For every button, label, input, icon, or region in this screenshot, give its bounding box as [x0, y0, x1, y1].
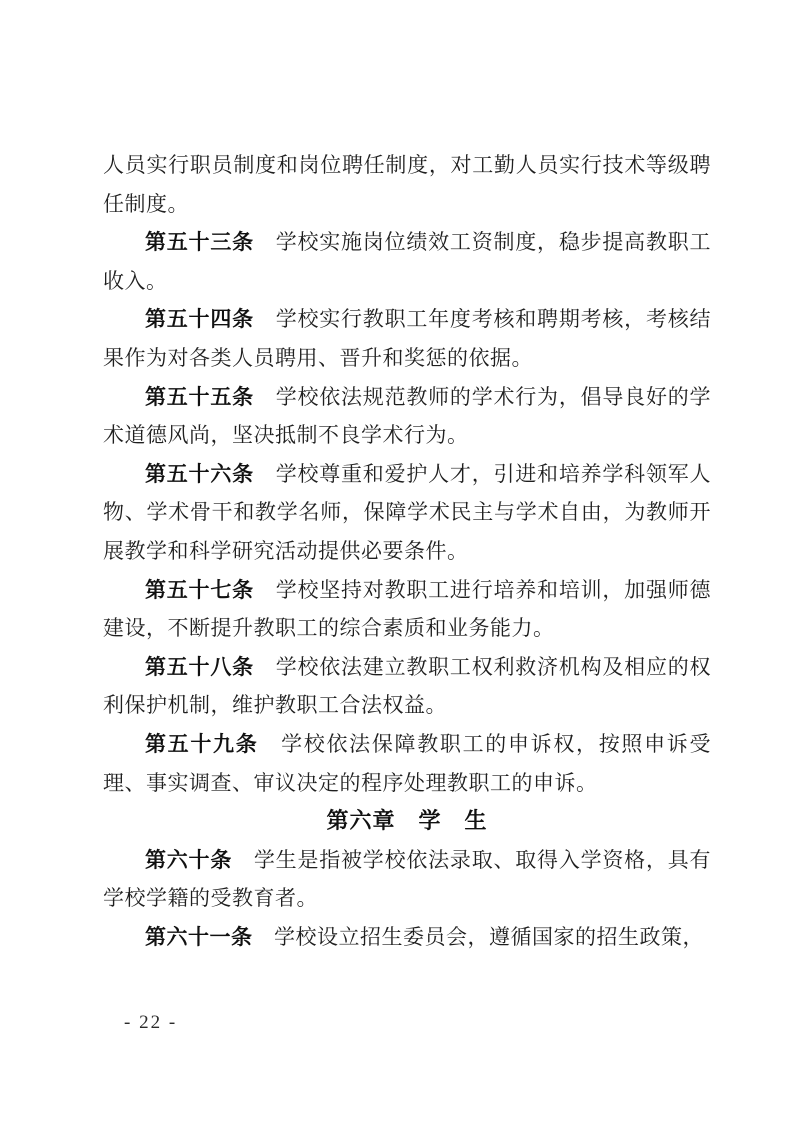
- article-number: 第五十六条: [145, 462, 254, 486]
- article-number: 第六十条: [145, 848, 232, 872]
- paragraph: 第六十一条 学校设立招生委员会，遵循国家的招生政策，: [103, 918, 711, 957]
- page-number: - 22 -: [124, 1012, 177, 1034]
- paragraph: 第五十五条 学校依法规范教师的学术行为，倡导良好的学术道德风尚，坚决抵制不良学术…: [103, 378, 711, 455]
- paragraph: 第五十六条 学校尊重和爱护人才，引进和培养学科领军人物、学术骨干和教学名师，保障…: [103, 455, 711, 571]
- paragraph: 第五十七条 学校坚持对教职工进行培养和培训，加强师德建设，不断提升教职工的综合素…: [103, 571, 711, 648]
- article-number: 第五十九条: [145, 732, 258, 756]
- paragraph-text: 人员实行职员制度和岗位聘任制度，对工勤人员实行技术等级聘任制度。: [103, 153, 711, 216]
- paragraph: 第五十四条 学校实行教职工年度考核和聘期考核，考核结果作为对各类人员聘用、晋升和…: [103, 300, 711, 377]
- document-page: 人员实行职员制度和岗位聘任制度，对工勤人员实行技术等级聘任制度。第五十三条 学校…: [0, 0, 794, 1123]
- chapter-heading: 第六章 学 生: [103, 802, 711, 841]
- article-number: 第五十八条: [145, 655, 254, 679]
- paragraph: 第五十九条 学校依法保障教职工的申诉权，按照申诉受理、事实调查、审议决定的程序处…: [103, 725, 711, 802]
- article-number: 第六十一条: [145, 925, 253, 949]
- paragraph-text: 学校设立招生委员会，遵循国家的招生政策，: [274, 925, 704, 949]
- paragraph: 第六十条 学生是指被学校依法录取、取得入学资格，具有学校学籍的受教育者。: [103, 841, 711, 918]
- article-number: 第五十五条: [145, 385, 254, 409]
- paragraph: 第五十三条 学校实施岗位绩效工资制度，稳步提高教职工收入。: [103, 223, 711, 300]
- article-number: 第五十四条: [145, 307, 254, 331]
- article-number: 第五十七条: [145, 578, 254, 602]
- paragraph: 第五十八条 学校依法建立教职工权利救济机构及相应的权利保护机制，维护教职工合法权…: [103, 648, 711, 725]
- document-body: 人员实行职员制度和岗位聘任制度，对工勤人员实行技术等级聘任制度。第五十三条 学校…: [103, 146, 711, 956]
- paragraph: 人员实行职员制度和岗位聘任制度，对工勤人员实行技术等级聘任制度。: [103, 146, 711, 223]
- article-number: 第五十三条: [145, 230, 254, 254]
